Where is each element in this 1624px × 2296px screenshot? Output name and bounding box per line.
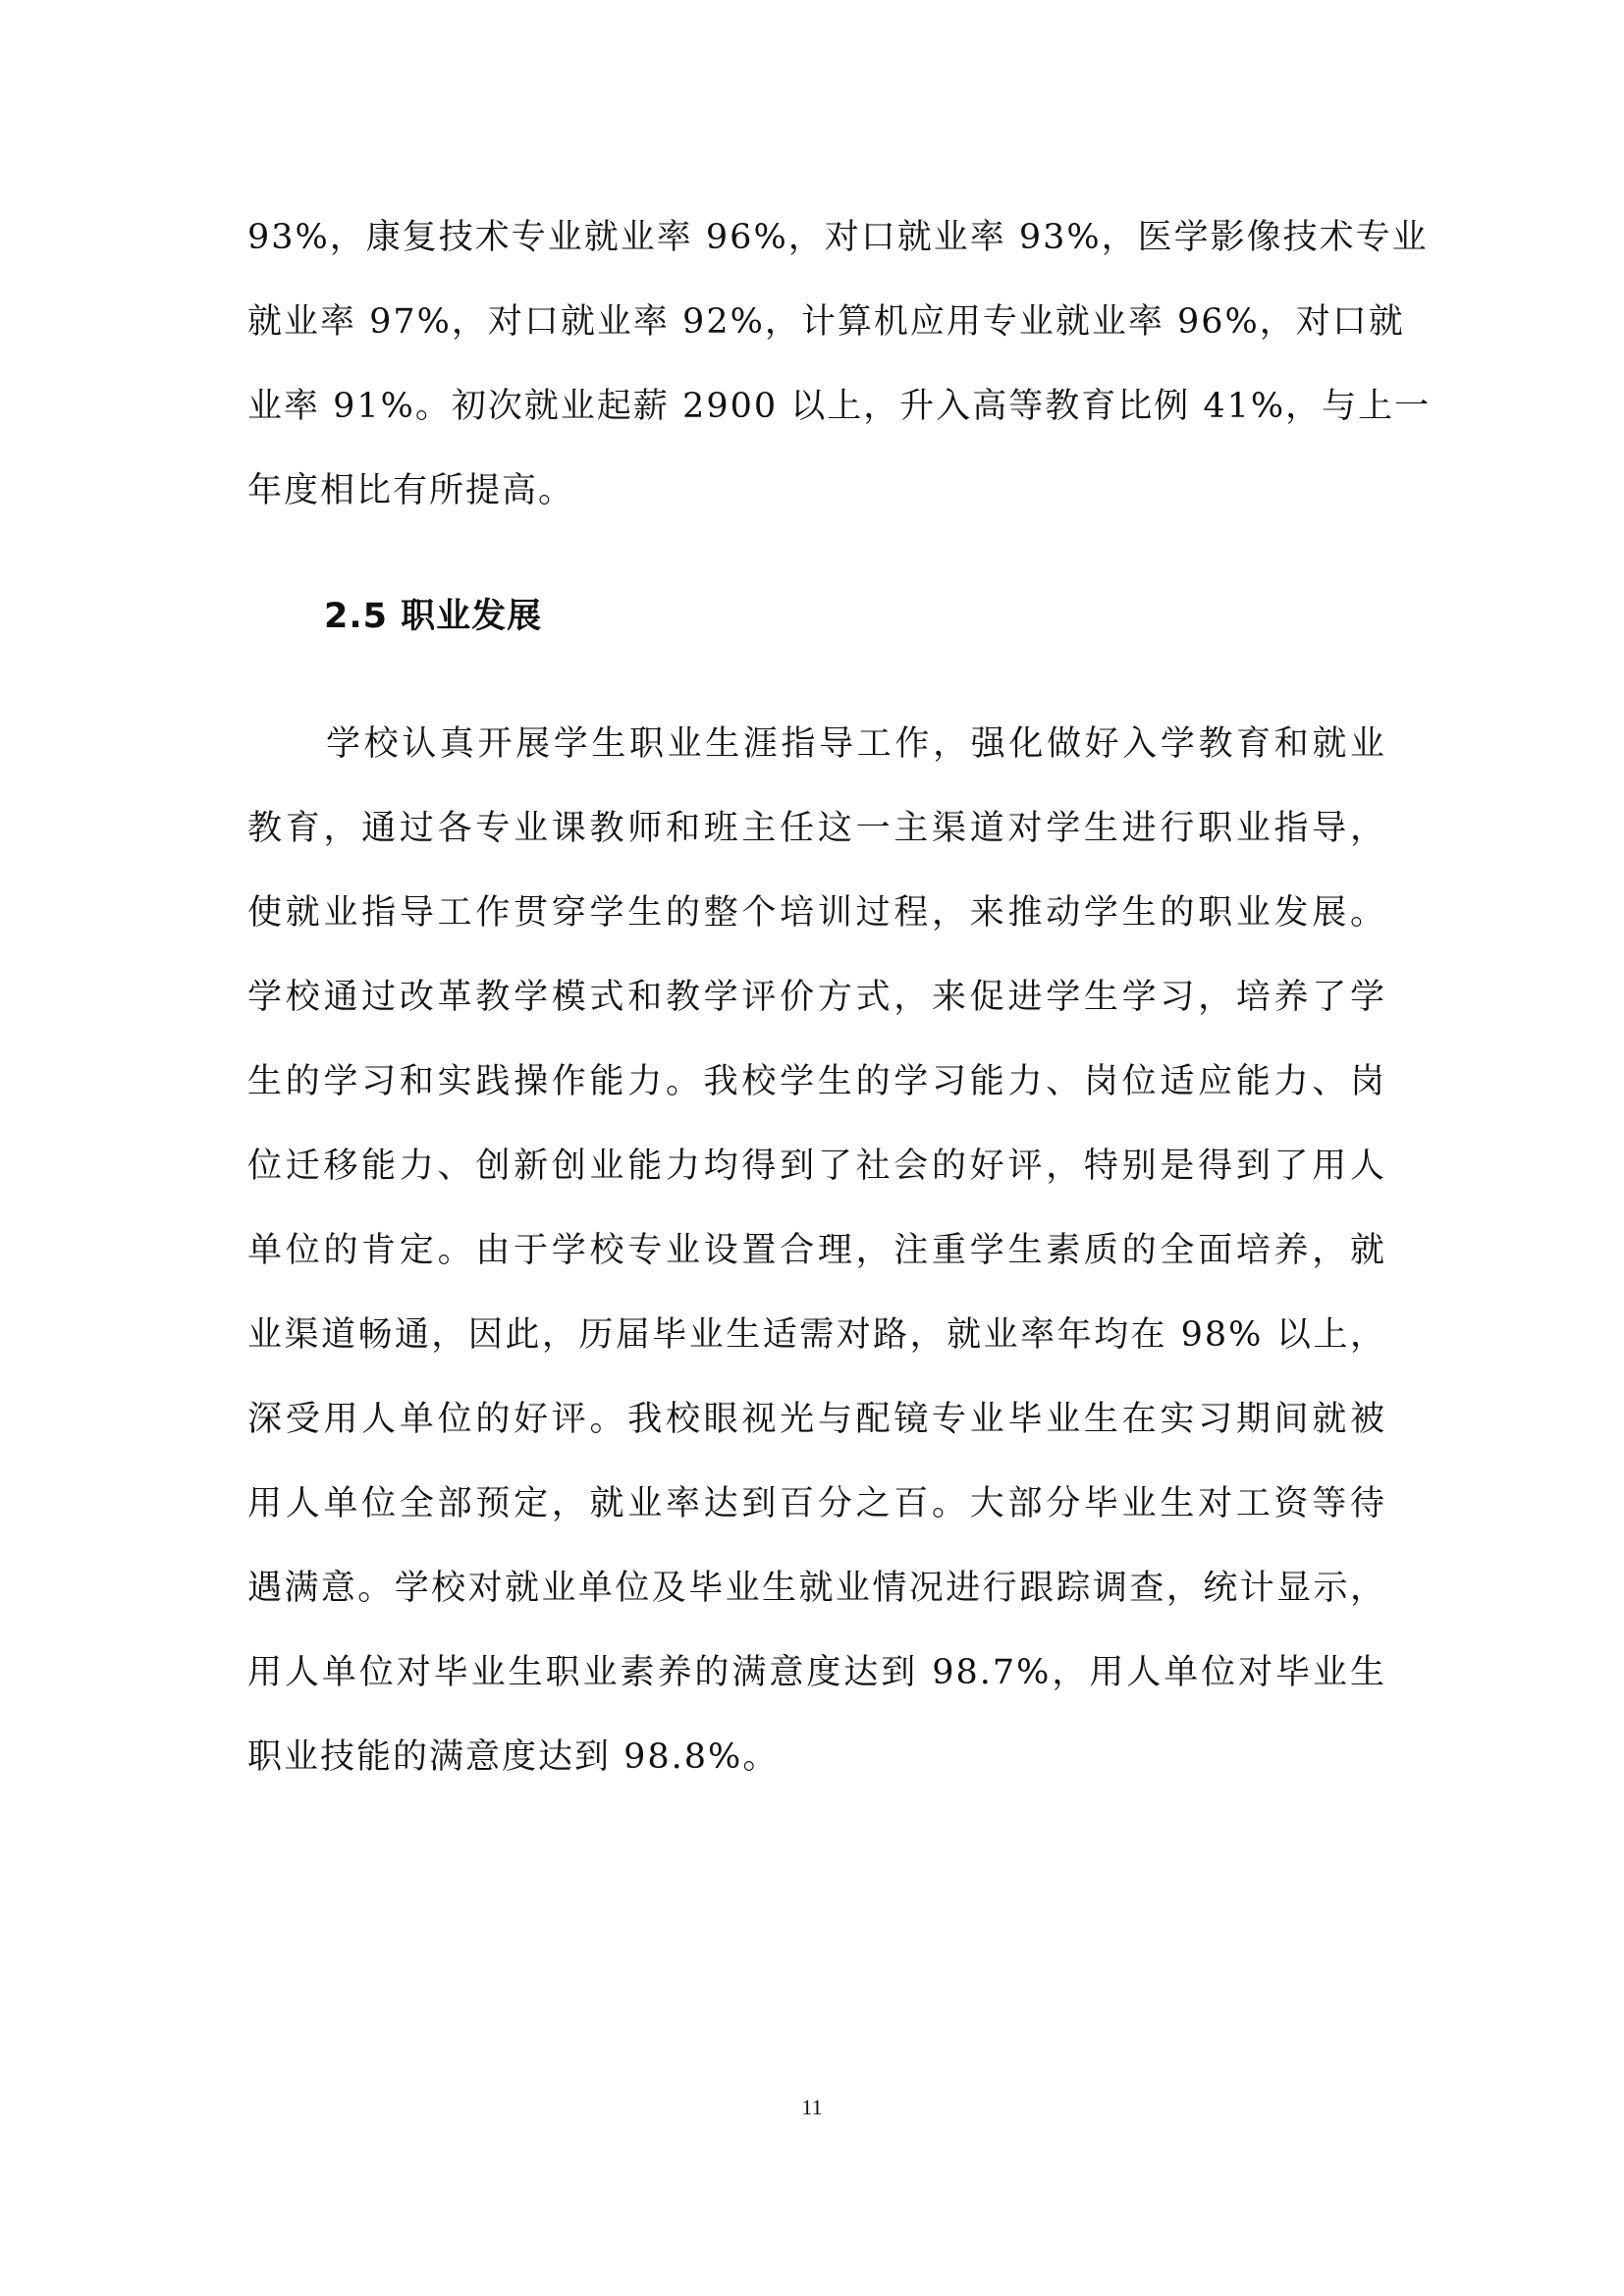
section-heading: 2.5 职业发展 — [324, 597, 542, 636]
text-line: 93%，康复技术专业就业率 96%，对口就业率 93%，医学影像技术专业 — [247, 218, 1386, 257]
text-line: 学校通过改革教学模式和教学评价方式，来促进学生学习，培养了学 — [247, 978, 1386, 1017]
text-line: 业渠道畅通，因此，历届毕业生适需对路，就业率年均在 98% 以上， — [247, 1315, 1386, 1355]
page-number: 11 — [0, 2095, 1624, 2120]
text-line: 遇满意。学校对就业单位及毕业生就业情况进行跟踪调查，统计显示， — [247, 1569, 1386, 1608]
text-line: 用人单位对毕业生职业素养的满意度达到 98.7%，用人单位对毕业生 — [247, 1653, 1386, 1692]
text-line: 单位的肯定。由于学校专业设置合理，注重学生素质的全面培养，就 — [247, 1231, 1386, 1270]
text-line: 生的学习和实践操作能力。我校学生的学习能力、岗位适应能力、岗 — [247, 1062, 1386, 1101]
text-line: 使就业指导工作贯穿学生的整个培训过程，来推动学生的职业发展。 — [247, 893, 1386, 933]
text-line: 学校认真开展学生职业生涯指导工作，强化做好入学教育和就业 — [326, 724, 1386, 764]
text-line: 用人单位全部预定，就业率达到百分之百。大部分毕业生对工资等待 — [247, 1484, 1386, 1523]
text-line: 就业率 97%，对口就业率 92%，计算机应用专业就业率 96%，对口就 — [247, 302, 1386, 342]
text-line: 业率 91%。初次就业起薪 2900 以上，升入高等教育比例 41%，与上一 — [247, 387, 1386, 426]
text-line: 位迁移能力、创新创业能力均得到了社会的好评，特别是得到了用人 — [247, 1147, 1386, 1186]
text-line: 深受用人单位的好评。我校眼视光与配镜专业毕业生在实习期间就被 — [247, 1400, 1386, 1439]
text-line: 教育，通过各专业课教师和班主任这一主渠道对学生进行职业指导， — [247, 809, 1386, 848]
document-page: 93%，康复技术专业就业率 96%，对口就业率 93%，医学影像技术专业 就业率… — [0, 0, 1624, 2296]
text-line: 职业技能的满意度达到 98.8%。 — [247, 1737, 779, 1777]
text-line: 年度相比有所提高。 — [247, 471, 574, 510]
